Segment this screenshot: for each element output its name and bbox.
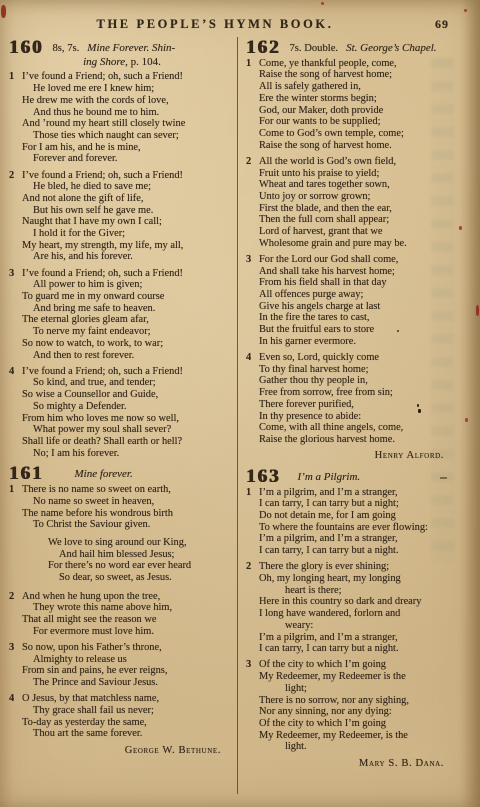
verse-number: 2 [9,591,14,603]
stanza: 1Come, ye thankful people, come,Raise th… [246,58,474,152]
hymn-line: Thou art the same forever. [33,728,235,740]
hymn-line: Fruit unto his praise to yield; [259,168,474,180]
hymn-line: Come to God’s own temple, come; [259,128,474,140]
hymn-title-continued: ing Shore, [83,56,128,68]
hymn-line: So dear, so sweet, as Jesus. [59,572,235,584]
hymn-line: From his field shall in that day [259,277,474,289]
hymn-line: God, our Maker, doth provide [259,105,474,117]
hymn-line: So mighty a Defender. [33,401,235,413]
stanza: 3So now, upon his Father’s throne,Almigh… [9,642,235,689]
verse-number: 2 [246,561,251,573]
hymn-line: Here in this country so dark and dreary [259,596,474,608]
verse-number: 4 [9,693,14,705]
hymn-line: Come, with all thine angels, come, [259,422,474,434]
hymn-line: All the world is God’s own field, [259,156,474,168]
stanza: 2All the world is God’s own field,Fruit … [246,156,474,250]
hymn-line: And shall take his harvest home; [259,266,474,278]
hymn-line: And ’round my heart still closely twine [22,118,235,130]
stanza: 1I’m a pilgrim, and I’m a stranger,I can… [246,487,474,557]
hymn-line: Raise the song of harvest home. [259,140,474,152]
hymn-line: Forever and forever. [33,153,235,165]
hymn-line: I can tarry, I can tarry but a night; [259,498,474,510]
hymn-line: Then the full corn shall appear; [259,214,474,226]
hymn-161-heading: 161Mine forever. [9,468,235,481]
hymn-line: light. [285,741,474,753]
hymn-line: weary: [285,620,474,632]
ink-blot [397,330,399,332]
pencil-dash [440,477,447,479]
hymn-line: For there’s no word ear ever heard [48,560,235,572]
stanza: 3I’ve found a Friend; oh, such a Friend!… [9,268,235,362]
verse-number: 4 [9,366,14,378]
stanza: 3Of the city to which I’m goingMy Redeem… [246,659,474,753]
stanza: 2There the glory is ever shining;Oh, my … [246,561,474,655]
hymn-line: Thy grace shall fail us never; [33,705,235,717]
hymn-line: And bring me safe to heaven. [33,303,235,315]
hymn-line: From him who loves me now so well, [22,413,235,425]
hymn-line: No name so sweet in heaven, [33,496,235,508]
stanza: 2And when he hung upon the tree,They wro… [9,591,235,638]
stanza: 3For the Lord our God shall come,And sha… [246,254,474,348]
hymn-160: 1608s, 7s.Mine Forever. Shin- ing Shore,… [9,42,235,459]
hymn-line: Of the city to which I’m going [259,659,474,671]
hymn-author: Mary S. B. Dana. [246,758,444,770]
hymn-line: To guard me in my onward course [22,291,235,303]
hymn-line: I’ve found a Friend; oh, such a Friend! [22,366,235,378]
hymn-line: They wrote this name above him, [33,602,235,614]
hymn-line: He bled, he died to save me; [33,181,235,193]
verse-number: 3 [9,642,14,654]
hymn-line: And hail him blessed Jesus; [59,549,235,561]
red-speck [464,9,467,12]
hymn-line: I’ve found a Friend; oh, such a Friend! [22,71,235,83]
red-edge-mark [1,5,6,18]
hymn-line: He drew me with the cords of love, [22,95,235,107]
left-column: 1608s, 7s.Mine Forever. Shin- ing Shore,… [9,41,235,759]
hymn-line: To nerve my faint endeavor; [33,326,235,338]
stanza: 4O Jesus, by that matchless name,Thy gra… [9,693,235,740]
hymn-meter: 7s. Double. [290,43,339,54]
book-title: THE PEOPLE’S HYMN BOOK. [97,17,334,32]
hymn-title: I’m a Pilgrim. [298,471,361,483]
hymn-line: Naught that I have my own I call; [22,216,235,228]
right-column: 1627s. Double.St. George’s Chapel. 1Come… [246,41,474,772]
hymn-line: I’m a pilgrim, and I’m a stranger, [259,487,474,499]
hymn-line: Lord of harvest, grant that we [259,226,474,238]
hymn-line: Unto joy or sorrow grown; [259,191,474,203]
hymn-title: St. George’s Chapel. [346,42,436,54]
hymn-line: Those ties which naught can sever; [33,130,235,142]
ink-blot [418,409,421,413]
hymn-line: Even so, Lord, quickly come [259,352,474,364]
hymn-line: For I am his, and he is mine, [22,142,235,154]
hymn-line: For evermore must love him. [33,626,235,638]
hymn-line: I long have wandered, forlorn and [259,608,474,620]
stanza: 4Even so, Lord, quickly comeTo thy final… [246,352,474,446]
hymn-163: 163I’m a Pilgrim. 1I’m a pilgrim, and I’… [246,471,474,769]
hymn-line: I’ve found a Friend; oh, such a Friend! [22,170,235,182]
verse-number: 4 [246,352,251,364]
hymn-line: And thus he bound me to him. [33,107,235,119]
hymn-line: Gather thou thy people in, [259,375,474,387]
hymn-line: Raise the song of harvest home; [259,69,474,81]
hymn-line: heart is there; [285,585,474,597]
hymn-line: We love to sing around our King, [48,537,235,549]
hymn-line: To where the fountains are ever flowing: [259,522,474,534]
red-edge-mark [476,305,479,316]
column-divider-rule [237,37,238,794]
hymn-line: light; [285,683,474,695]
hymn-line: There is no name so sweet on earth, [22,484,235,496]
stanza: 2I’ve found a Friend; oh, such a Friend!… [9,170,235,264]
hymn-line: There forever purified, [259,399,474,411]
hymn-number: 161 [9,463,44,484]
hymn-line: Are his, and his forever. [33,251,235,263]
hymn-line: All power to him is given; [33,279,235,291]
verse-number: 3 [246,659,251,671]
hymn-line: No; I am his forever. [33,448,235,460]
verse-number: 1 [9,484,14,496]
hymn-line: I hold it for the Giver; [33,228,235,240]
verse-number: 1 [9,71,14,83]
verse-number: 1 [246,58,251,70]
hymn-line: The name before his wondrous birth [22,508,235,520]
hymn-161: 161Mine forever. 1There is no name so sw… [9,468,235,756]
hymn-line: All offences purge away; [259,289,474,301]
hymn-line: The Prince and Saviour Jesus. [33,677,235,689]
hymn-line: But his own self he gave me. [33,205,235,217]
hymn-line: To-day as yesterday the same, [22,717,235,729]
hymn-line: Give his angels charge at last [259,301,474,313]
hymn-line: The eternal glories gleam afar, [22,314,235,326]
hymn-161-stanzas: 1There is no name so sweet on earth,No n… [9,484,235,740]
hymn-line: What power my soul shall sever? [33,424,235,436]
hymn-line: Wholesome grain and pure may be. [259,238,474,250]
hymn-line: And then to rest forever. [33,350,235,362]
hymn-line: In thy presence to abide: [259,411,474,423]
hymn-line: To Christ the Saviour given. [33,519,235,531]
hymn-line: My Redeemer, my Redeemer, is the [259,730,474,742]
verse-number: 3 [9,268,14,280]
hymn-160-heading: 1608s, 7s.Mine Forever. Shin- [9,42,235,55]
hymn-number: 160 [9,37,44,58]
hymn-tune-page-ref: p. 104. [128,56,161,68]
verse-number: 2 [246,156,251,168]
hymn-line: Oh, my longing heart, my longing [259,573,474,585]
hymn-number: 163 [246,466,281,487]
hymn-line: I’m a pilgrim, and I’m a stranger, [259,632,474,644]
page-header: THE PEOPLE’S HYMN BOOK. [0,17,480,32]
hymn-line: Free from sorrow, free from sin; [259,387,474,399]
hymn-line: All is safely gathered in, [259,81,474,93]
hymn-line: Shall life or death? Shall earth or hell… [22,436,235,448]
hymn-line: But the fruitful ears to store [259,324,474,336]
hymn-line: He loved me ere I knew him; [33,83,235,95]
verse-number: 3 [246,254,251,266]
hymn-line: In the fire the tares to cast, [259,312,474,324]
hymn-book-page: THE PEOPLE’S HYMN BOOK. 69 1608s, 7s.Min… [0,0,480,807]
hymn-line: My heart, my strength, my life, my all, [22,240,235,252]
hymn-number: 162 [246,37,281,58]
hymn-line: Wheat and tares together sown, [259,179,474,191]
chorus: We love to sing around our King,And hail… [35,537,235,584]
hymn-line: In his garner evermore. [259,336,474,348]
red-speck [321,2,324,5]
hymn-title: Mine Forever. Shin- [87,42,175,54]
hymn-line: Almighty to release us [33,654,235,666]
hymn-line: O Jesus, by that matchless name, [22,693,235,705]
hymn-line: To thy final harvest home; [259,364,474,376]
hymn-line: Nor any sinning, nor any dying: [259,706,474,718]
hymn-162-heading: 1627s. Double.St. George’s Chapel. [246,42,474,55]
hymn-line: Raise the glorious harvest home. [259,434,474,446]
hymn-line: And when he hung upon the tree, [22,591,235,603]
hymn-title: Mine forever. [75,468,133,480]
hymn-line: So now, upon his Father’s throne, [22,642,235,654]
hymn-line: I’m a pilgrim, and I’m a stranger, [259,533,474,545]
hymn-line: My Redeemer, my Redeemer is the [259,671,474,683]
hymn-line: Of the city to which I’m going [259,718,474,730]
red-speck [459,226,462,230]
hymn-line: From sin and pains, he ever reigns, [22,665,235,677]
red-speck [465,418,468,422]
verse-number: 1 [246,487,251,499]
hymn-line: Do not detain me, for I am going [259,510,474,522]
hymn-160-stanzas: 1I’ve found a Friend; oh, such a Friend!… [9,71,235,459]
hymn-163-stanzas: 1I’m a pilgrim, and I’m a stranger,I can… [246,487,474,753]
hymn-162: 1627s. Double.St. George’s Chapel. 1Come… [246,42,474,462]
hymn-meter: 8s, 7s. [53,43,80,54]
hymn-line: For our wants to be supplied; [259,116,474,128]
hymn-line: I’ve found a Friend; oh, such a Friend! [22,268,235,280]
hymn-line: There is no sorrow, nor any sighing, [259,695,474,707]
hymn-line: Come, ye thankful people, come, [259,58,474,70]
hymn-line: So wise a Counsellor and Guide, [22,389,235,401]
hymn-162-stanzas: 1Come, ye thankful people, come,Raise th… [246,58,474,446]
hymn-160-heading-line2: ing Shore, p. 104. [9,57,235,69]
hymn-line: So now to watch, to work, to war; [22,338,235,350]
hymn-line: Ere the winter storms begin; [259,93,474,105]
stanza: 1I’ve found a Friend; oh, such a Friend!… [9,71,235,165]
hymn-line: There the glory is ever shining; [259,561,474,573]
stanza: 4I’ve found a Friend; oh, such a Friend!… [9,366,235,460]
hymn-line: And not alone the gift of life, [22,193,235,205]
hymn-line: So kind, and true, and tender; [33,377,235,389]
hymn-author: Henry Alford. [246,450,444,462]
stanza: 1There is no name so sweet on earth,No n… [9,484,235,531]
page-number: 69 [435,17,449,32]
ink-blot [417,404,419,407]
hymn-line: I can tarry, I can tarry but a night. [259,545,474,557]
hymn-author: George W. Bethune. [9,745,221,757]
verse-number: 2 [9,170,14,182]
hymn-line: That all might see the reason we [22,614,235,626]
hymn-line: For the Lord our God shall come, [259,254,474,266]
hymn-line: I can tarry, I can tarry but a night. [259,643,474,655]
hymn-line: First the blade, and then the ear, [259,203,474,215]
